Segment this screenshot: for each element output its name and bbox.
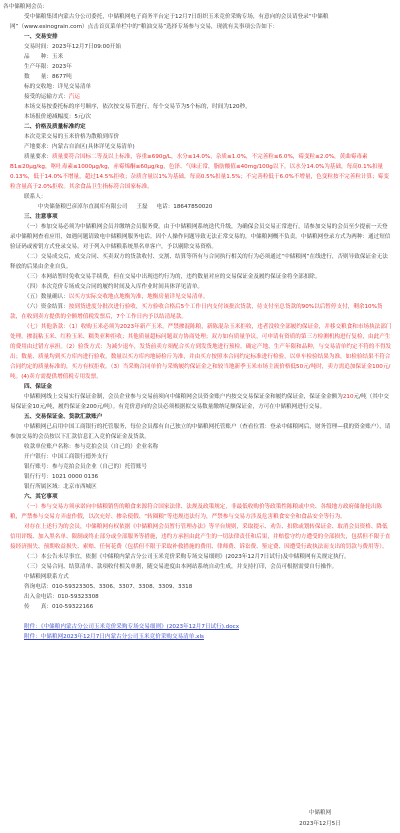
contact-line: 中央储备粮巴彦淖尔直属库有限公司 王磊 电话：18647850020 [10, 202, 392, 212]
variety: 品 种：玉米 [10, 52, 392, 62]
price-basis: 本次竞采交易的玉米价格为散粮到库价 [10, 132, 392, 142]
trade-time: 交易时间：2023年12月7日09:00开始 [10, 42, 392, 52]
signature-date: 2023年12月5日 [280, 819, 360, 829]
attachment-list-link[interactable]: 附件：中储粮网2023年12月7日内蒙古分公司玉米竞价采购交易清单.xls [10, 632, 392, 642]
quality-requirement: 质量要求：质量要符合国标二等及以上标准，容重≥690g/L，水分≤14.0%，杂… [10, 152, 392, 192]
quantity: 数 量：8677吨 [10, 72, 392, 82]
bank-code: 银行行号：1021 0000 0136 [10, 472, 392, 482]
note-1: （一）参加交易必须为中储粮网会员并缴纳会员服务费。由于中储粮网系统迭代升级，为确… [10, 222, 392, 252]
note-7: （七）其他条款：（1）收购玉米必须为2023年新产玉米，严禁掺混陈粮，新陈混杂玉… [10, 322, 392, 382]
deposit-paragraph: 中储粮网线上交易实行保证金制，会员企业参与交易前须向中储粮网会员资金账户内按交交… [10, 392, 392, 412]
other-1: （一）参与交易方须承诺向中储粮销售的粮食来源符合国家法律、法规及政策规定，非最低… [10, 502, 392, 522]
section-1-title: 一、交易安排 [10, 32, 392, 42]
transport-mode: 接受的运输方式：汽运 [10, 92, 392, 102]
section-4-title: 四、保证金 [10, 382, 392, 392]
intro-paragraph: 受中储粮集团内蒙古分公司委托，中储粮网电子商务平台定于12月7日组织玉米竞价采购… [10, 12, 392, 32]
section-3-title: 三、注意事项 [10, 212, 392, 222]
bank-account: 银行账号：参与竞拍会员企业（自己的）托管账号 [10, 462, 392, 472]
funds-phone: 出入金电话：010-59323308 [10, 592, 392, 602]
other-3: （三）交易合同、结算清单、款项收付相关单据，随交易进度由本网站系统自动生成，并支… [10, 562, 392, 572]
note-6: （六）资金结算：按到货进度分批次进行验收，买方验收合格后5个工作日内支付该批次货… [10, 302, 392, 322]
consult-phone: 咨询电话：010-59323305、3306、3307、3308、3309、33… [10, 582, 392, 592]
signature-org: 中储粮网 [280, 808, 360, 818]
note-5: （五）数量确认：以买方实际交收地点地衡为准，地衡房量详见交易清单。 [10, 292, 392, 302]
section-2-title: 二、价格及质量标准约定 [10, 122, 392, 132]
other-1-penalty: 对存在上述行为的会员，中储粮网有权依据《中储粮网会员暂行管理办法》等平台规则，采… [10, 522, 392, 552]
bank-region: 银行所属区域：北京市西城区 [10, 482, 392, 492]
production-year: 生产年限：2023年 [10, 62, 392, 72]
contact-label: 联系人： [10, 192, 392, 202]
section-6-title: 六、其它事项 [10, 492, 392, 502]
announcement-document: 各中储粮网会员： 受中储粮集团内蒙古分公司委托，中储粮网电子商务平台定于12月7… [10, 2, 392, 642]
note-3: （三）本网站暂时免收交易手续费，但在交易中出现违约行为的，违约数量对应的交易保证… [10, 272, 392, 282]
attachment-rules-link[interactable]: 附件：《中储粮内蒙古分公司玉米竞价采购专场交易细则》(2023年12月7日试行)… [10, 622, 392, 632]
section-5-title: 五、交易保证金、货款汇款账户 [10, 412, 392, 422]
note-2: （二）交易成交后，成交合同、买卖双方的货款收付、交割、结算等所有与合同执行相关的… [10, 252, 392, 272]
bid-step: 本场报价递减幅度：5元/次 [10, 112, 392, 122]
payee-name: 收款单位账户名称：参与竞拍会员（自己的）企业名称 [10, 442, 392, 452]
delivery-place: 标的交收地：详见交易清单 [10, 82, 392, 92]
origin-requirement: 产地要求：内蒙古自治区(具体详见交易清单) [10, 142, 392, 152]
other-2: （二）本公告未尽事宜，依据《中储粮内蒙古分公司玉米竞价采购专场交易细则》(202… [10, 552, 392, 562]
greeting: 各中储粮网会员： [3, 2, 392, 12]
fax: 传 真：010-59322166 [10, 602, 392, 612]
note-4: （四）本次竞价专场成交合同的履约时间及入库作业时间具体详见清单。 [10, 282, 392, 292]
custody-paragraph: 中储粮网已启用中国工商银行的托管服务，每位会员都有自己独立的中储粮网托管账户（查… [10, 422, 392, 442]
trade-rule: 本场交易按委托标的序号顺序，依次按交易节进行，每个交易节为5个标的，时间为120… [10, 102, 392, 112]
contact-title: 中储粮网联系方式 [10, 572, 392, 582]
bank-name: 开户银行：中国工商银行德外支行 [10, 452, 392, 462]
